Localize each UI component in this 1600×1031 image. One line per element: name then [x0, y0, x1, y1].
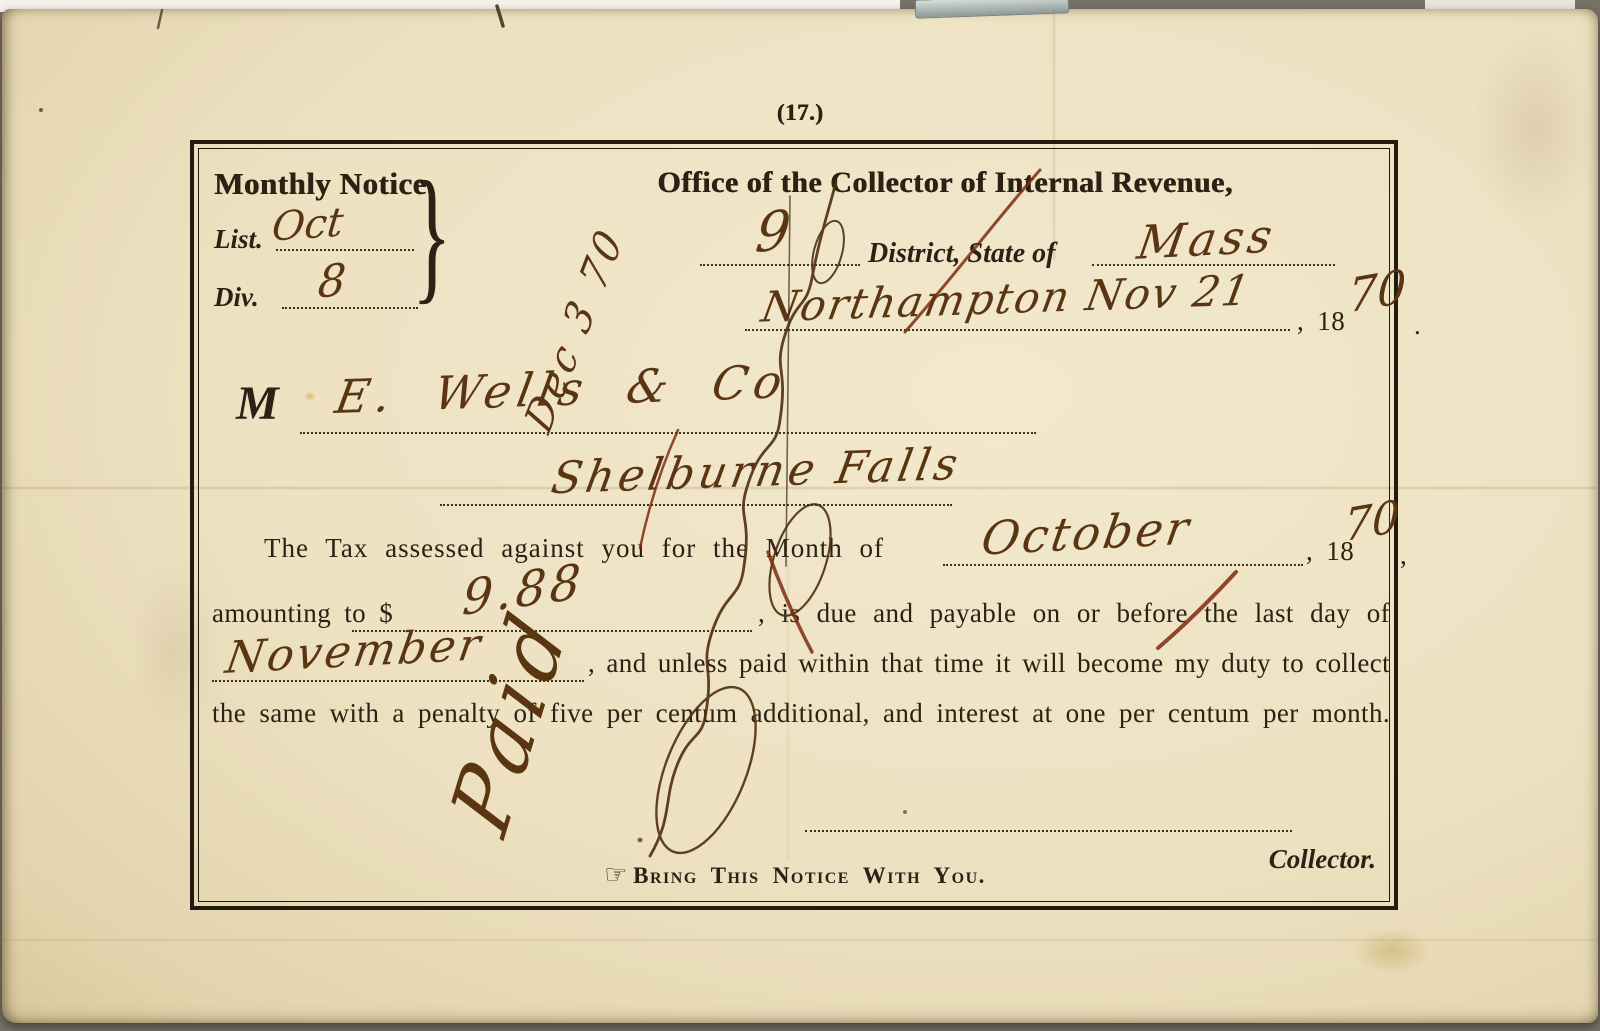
place-date-dotted-line [745, 329, 1290, 331]
district-label: District, State of [868, 238, 1055, 270]
state-value-handwritten: Mass [1134, 208, 1280, 270]
div-dotted-line [282, 307, 418, 309]
name-dotted-line [300, 432, 1036, 434]
body-year-comma: , [1400, 540, 1407, 571]
address-dotted-line [440, 504, 952, 506]
list-value-handwritten: Oct [270, 199, 346, 250]
collector-label: Collector. [1200, 844, 1376, 875]
body-line4: the same with a penalty of five per cent… [212, 698, 1390, 729]
div-value-handwritten: 8 [316, 254, 347, 309]
list-label: List. [214, 224, 263, 255]
body-year-handwritten: 70 [1344, 491, 1401, 553]
body-line2: , is due and payable on or before the la… [758, 598, 1390, 629]
footer-notice-text: Bring This Notice With You. [633, 863, 986, 888]
date-year-handwritten: 70 [1347, 258, 1407, 323]
month-handwritten: October [978, 500, 1196, 565]
date-period: . [1414, 310, 1421, 341]
stain [1352, 928, 1432, 974]
div-label: Div. [214, 282, 259, 313]
office-header: Office of the Collector of Internal Reve… [625, 166, 1265, 200]
signature-dotted-line [805, 830, 1292, 832]
body-line3: , and unless paid within that time it wi… [588, 648, 1390, 679]
corner-paper-tab [1425, 0, 1575, 9]
monthly-notice-title: Monthly Notice. [214, 166, 435, 202]
scanned-tax-notice-document: (17.) Monthly Notice. List. Oct Div. 8 }… [0, 0, 1600, 1031]
district-dotted-line [700, 264, 860, 266]
list-dotted-line [276, 249, 414, 251]
stain [1470, 30, 1600, 230]
page-number: (17.) [752, 100, 848, 126]
district-value-handwritten: 9 [753, 198, 794, 266]
addressee-prefix: M [236, 376, 279, 431]
date-year-prefix: , 18 [1297, 306, 1345, 337]
brace-glyph: } [412, 148, 452, 320]
manicule-icon: ☞ [604, 860, 627, 890]
